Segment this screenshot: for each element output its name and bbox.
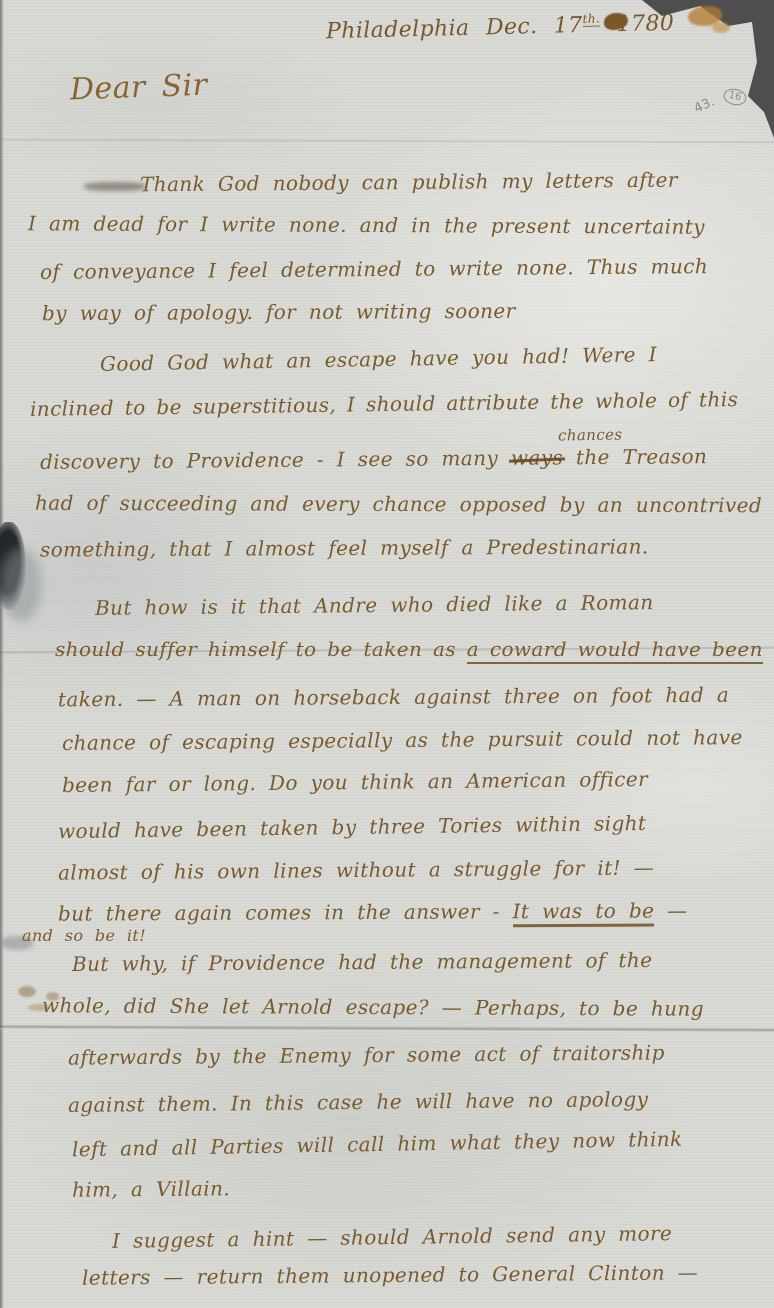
manuscript-line: had of succeeding and every chance oppos…	[35, 491, 762, 518]
interlinear-insertion: chances	[558, 425, 623, 444]
underlined-phrase: It was to be	[512, 899, 654, 928]
underlined-phrase: a coward would have been	[467, 637, 763, 664]
line-text: should suffer himself to be taken as	[55, 637, 467, 661]
manuscript-line: Thank God nobody can publish my letters …	[140, 168, 678, 197]
line-text: the Treason	[563, 444, 707, 469]
scanned-letter-photo: 43. 16 Philadelphia Dec. 17th. 1780 Dear…	[0, 0, 774, 1308]
manuscript-line: I am dead for I write none. and in the p…	[28, 211, 705, 239]
manuscript-line: and so be it!	[22, 926, 146, 945]
manuscript-line: him, a Villain.	[72, 1176, 230, 1201]
manuscript-line: taken. — A man on horseback against thre…	[58, 683, 729, 712]
line-text: —	[654, 898, 687, 922]
manuscript-line: whole, did She let Arnold escape? — Perh…	[42, 993, 704, 1020]
manuscript-line: should suffer himself to be taken as a c…	[55, 637, 763, 661]
struck-word: ways	[511, 445, 563, 469]
manuscript-line: But why, if Providence had the managemen…	[72, 948, 653, 976]
manuscript-line: by way of apology. for not writing soone…	[42, 299, 516, 325]
dateline-year: 1780	[616, 11, 674, 37]
archival-circled-number: 16	[722, 82, 749, 107]
manuscript-line: but there again comes in the answer - It…	[58, 898, 688, 925]
dateline-ordinal: th.	[582, 12, 600, 27]
dateline-month-day: Dec. 17	[486, 13, 583, 40]
line-text: but there again comes in the answer -	[58, 899, 513, 925]
salutation: Dear Sir	[69, 68, 207, 108]
manuscript-line: something, that I almost feel myself a P…	[40, 534, 649, 561]
dateline-place: Philadelphia	[326, 16, 470, 44]
line-text: discovery to Providence - I see so many	[40, 446, 511, 474]
